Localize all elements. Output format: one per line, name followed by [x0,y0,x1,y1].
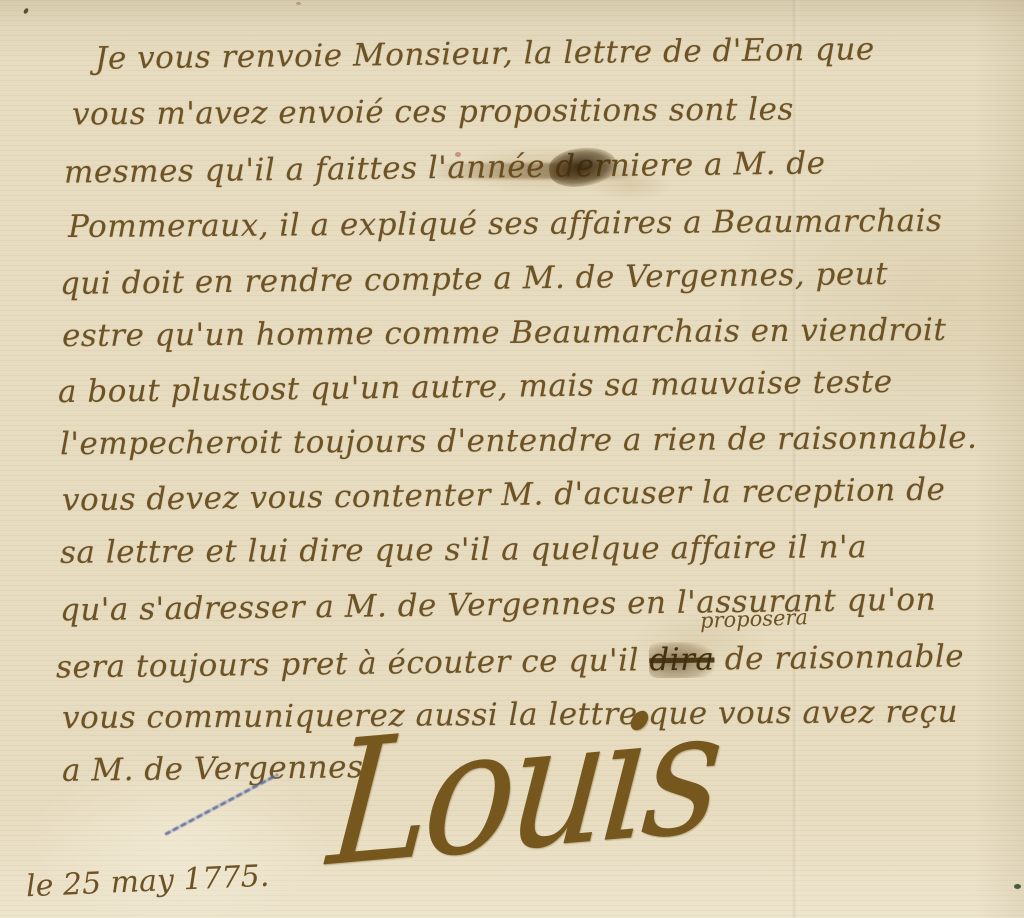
letter-line: a bout plustost qu'un autre, mais sa mau… [58,364,893,410]
letter-line: estre qu'un homme comme Beaumarchais en … [62,312,947,354]
letter-line: Pommeraux, il a expliqué ses affaires a … [68,203,943,245]
paper-speck [1014,884,1021,889]
letter-line: Je vous renvoie Monsieur, la lettre de d… [95,31,875,77]
line-text-after-strike: de raisonnable [714,638,964,677]
letter-line: sa lettre et lui dire que s'il a quelque… [60,529,867,571]
letter-line: vous devez vous contenter M. d'acuser la… [62,472,946,519]
signature: Louis [322,671,725,905]
letter-line: qui doit en rendre compte a M. de Vergen… [60,256,889,302]
letter-page: Je vous renvoie Monsieur, la lettre de d… [0,0,1024,918]
letter-line: vous m'avez envoié ces propositions sont… [72,91,794,132]
paper-speck [296,2,301,5]
line-text-before-strike: sera toujours pret à écouter ce qu'il [56,642,650,685]
ink-smear [430,163,640,179]
date-line: le 25 may 1775. [25,859,270,905]
letter-line: a M. de Vergennes. [62,749,374,789]
interlinear-insertion: proposera [700,605,809,633]
paper-speck [455,152,461,157]
letter-line-with-strikeout: sera toujours pret à écouter ce qu'il di… [56,638,965,685]
paper-speck [23,7,29,14]
letter-line: l'empecheroit toujours d'entendre a rien… [60,420,978,462]
